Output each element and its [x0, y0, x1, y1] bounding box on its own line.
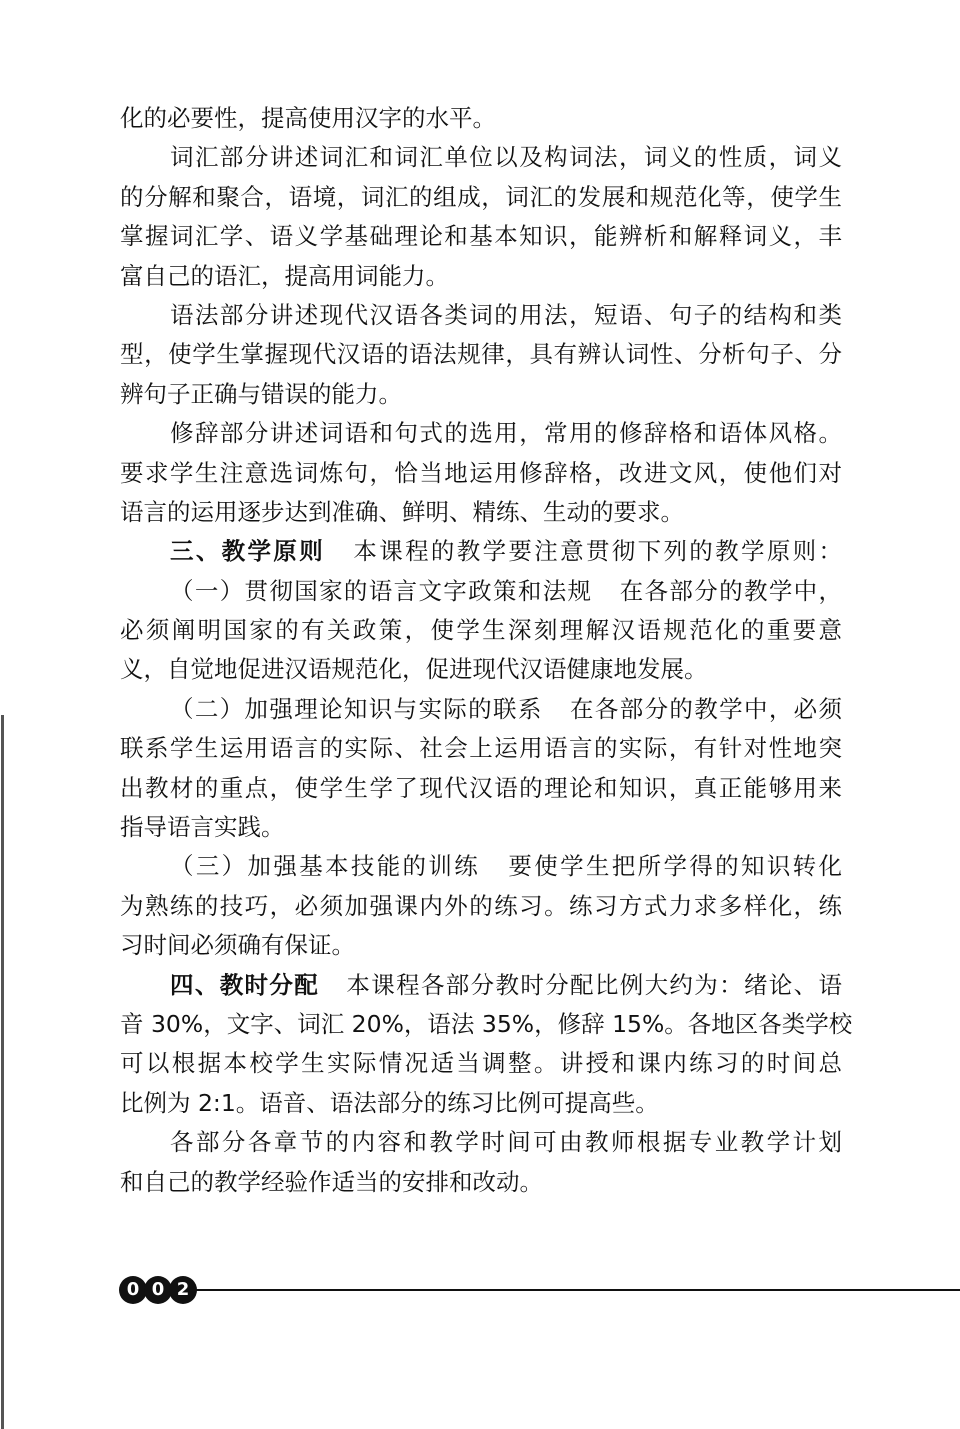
- text-line: 出教材的重点，使学生学了现代汉语的理论和知识，真正能够用来: [120, 769, 842, 808]
- line-text: 语法部分讲述现代汉语各类词的用法，短语、句子的结构和类: [170, 301, 842, 329]
- page-number-digit: 2: [169, 1276, 197, 1304]
- line-text: 要求学生注意选词炼句，恰当地运用修辞格，改进文风，使他们对: [120, 459, 842, 487]
- line-text: 习时间必须确有保证。: [120, 931, 355, 959]
- line-text: 的分解和聚合，语境，词汇的组成，词汇的发展和规范化等，使学生: [120, 183, 842, 211]
- principle-one-line: （一）贯彻国家的语言文字政策和法规在各部分的教学中，: [120, 572, 842, 611]
- subheading: （二）加强理论知识与实际的联系: [170, 695, 543, 723]
- line-text: 词汇部分讲述词汇和词汇单位以及构词法，词义的性质，词义: [170, 143, 842, 171]
- text-line: 的分解和聚合，语境，词汇的组成，词汇的发展和规范化等，使学生: [120, 178, 842, 217]
- text-line: 联系学生运用语言的实际、社会上运用语言的实际，有针对性地突: [120, 729, 842, 768]
- line-text: 富自己的语汇，提高用词能力。: [120, 262, 449, 290]
- line-text: 出教材的重点，使学生学了现代汉语的理论和知识，真正能够用来: [120, 774, 842, 802]
- paragraph-vocabulary-line: 词汇部分讲述词汇和词汇单位以及构词法，词义的性质，词义: [120, 138, 842, 177]
- text-line: 化的必要性，提高使用汉字的水平。: [120, 99, 842, 138]
- text-line: 习时间必须确有保证。: [120, 926, 842, 965]
- scan-page-edge: [1, 715, 4, 1429]
- paragraph-closing-line: 各部分各章节的内容和教学时间可由教师根据专业教学计划: [120, 1123, 842, 1162]
- subheading: （三）加强基本技能的训练: [170, 852, 480, 880]
- page-number: 0 0 2: [119, 1276, 194, 1304]
- principle-three-line: （三）加强基本技能的训练要使学生把所学得的知识转化: [120, 847, 842, 886]
- text-line: 辨句子正确与错误的能力。: [120, 375, 842, 414]
- line-text: 各部分各章节的内容和教学时间可由教师根据专业教学计划: [170, 1128, 842, 1156]
- line-text: 本课程各部分教时分配比例大约为：绪论、语: [345, 971, 842, 999]
- page-number-digit: 0: [119, 1276, 147, 1304]
- text-line: 音 30%，文字、词汇 20%，语法 35%，修辞 15%。各地区各类学校: [120, 1005, 842, 1044]
- paragraph-rhetoric-line: 修辞部分讲述词语和句式的选用，常用的修辞格和语体风格。: [120, 414, 842, 453]
- line-text: 必须阐明国家的有关政策，使学生深刻理解汉语规范化的重要意: [120, 616, 842, 644]
- subheading: （一）贯彻国家的语言文字政策和法规: [170, 577, 592, 605]
- line-text: 修辞部分讲述词语和句式的选用，常用的修辞格和语体风格。: [170, 419, 842, 447]
- text-line: 义，自觉地促进汉语规范化，促进现代汉语健康地发展。: [120, 650, 842, 689]
- section-heading: 三、教学原则: [170, 537, 325, 565]
- line-text: 在各部分的教学中，必须: [569, 695, 842, 723]
- page-number-digit: 0: [144, 1276, 172, 1304]
- text-line: 要求学生注意选词炼句，恰当地运用修辞格，改进文风，使他们对: [120, 454, 842, 493]
- line-text: 为熟练的技巧，必须加强课内外的练习。练习方式力求多样化，练: [120, 892, 842, 920]
- line-text: 化的必要性，提高使用汉字的水平。: [120, 104, 496, 132]
- line-text: 义，自觉地促进汉语规范化，促进现代汉语健康地发展。: [120, 655, 708, 683]
- line-text: 和自己的教学经验作适当的安排和改动。: [120, 1168, 543, 1196]
- line-text: 指导语言实践。: [120, 813, 285, 841]
- principle-two-line: （二）加强理论知识与实际的联系在各部分的教学中，必须: [120, 690, 842, 729]
- line-text: 音 30%，文字、词汇 20%，语法 35%，修辞 15%。各地区各类学校: [120, 1010, 852, 1038]
- text-line: 比例为 2:1。语音、语法部分的练习比例可提高些。: [120, 1084, 842, 1123]
- section-heading: 四、教时分配: [170, 971, 319, 999]
- page-body: 化的必要性，提高使用汉字的水平。 词汇部分讲述词汇和词汇单位以及构词法，词义的性…: [120, 99, 842, 1202]
- line-text: 可以根据本校学生实际情况适当调整。讲授和课内练习的时间总: [120, 1049, 842, 1077]
- line-text: 辨句子正确与错误的能力。: [120, 380, 402, 408]
- footer-rule: [189, 1289, 960, 1291]
- text-line: 型，使学生掌握现代汉语的语法规律，具有辨认词性、分析句子、分: [120, 335, 842, 374]
- text-line: 指导语言实践。: [120, 808, 842, 847]
- line-text: 联系学生运用语言的实际、社会上运用语言的实际，有针对性地突: [120, 734, 842, 762]
- text-line: 为熟练的技巧，必须加强课内外的练习。练习方式力求多样化，练: [120, 887, 842, 926]
- paragraph-grammar-line: 语法部分讲述现代汉语各类词的用法，短语、句子的结构和类: [120, 296, 842, 335]
- line-text: 要使学生把所学得的知识转化: [506, 852, 842, 880]
- line-text: 型，使学生掌握现代汉语的语法规律，具有辨认词性、分析句子、分: [120, 340, 842, 368]
- line-text: 在各部分的教学中，: [618, 577, 842, 605]
- page-footer: 0 0 2: [119, 1276, 960, 1304]
- section-hour-allocation: 四、教时分配本课程各部分教时分配比例大约为：绪论、语: [120, 966, 842, 1005]
- text-line: 必须阐明国家的有关政策，使学生深刻理解汉语规范化的重要意: [120, 611, 842, 650]
- text-line: 语言的运用逐步达到准确、鲜明、精练、生动的要求。: [120, 493, 842, 532]
- section-teaching-principles: 三、教学原则本课程的教学要注意贯彻下列的教学原则：: [120, 532, 842, 571]
- text-line: 富自己的语汇，提高用词能力。: [120, 257, 842, 296]
- text-line: 可以根据本校学生实际情况适当调整。讲授和课内练习的时间总: [120, 1044, 842, 1083]
- line-text: 比例为 2:1。语音、语法部分的练习比例可提高些。: [120, 1089, 659, 1117]
- line-text: 本课程的教学要注意贯彻下列的教学原则：: [351, 537, 842, 565]
- text-line: 掌握词汇学、语义学基础理论和基本知识，能辨析和解释词义，丰: [120, 217, 842, 256]
- line-text: 语言的运用逐步达到准确、鲜明、精练、生动的要求。: [120, 498, 684, 526]
- line-text: 掌握词汇学、语义学基础理论和基本知识，能辨析和解释词义，丰: [120, 222, 842, 250]
- text-line: 和自己的教学经验作适当的安排和改动。: [120, 1163, 842, 1202]
